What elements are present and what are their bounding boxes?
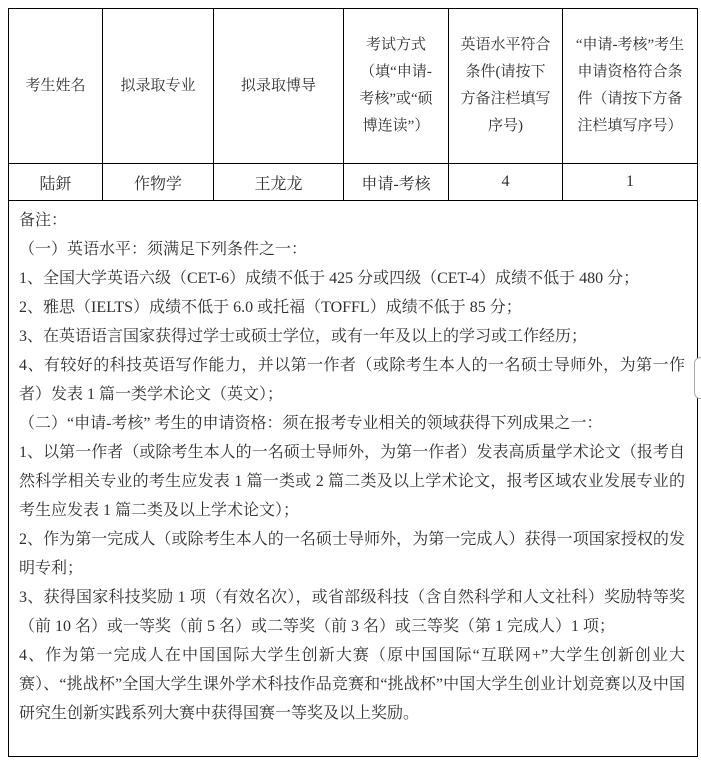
notes-title: 备注： [19, 206, 685, 235]
table-data-row: 陆鈃 作物学 王龙龙 申请-考核 4 1 [9, 164, 698, 201]
document-page: 考生姓名 拟录取专业 拟录取博导 考试方式（填“申请-考核”或“硕博连读”） 英… [0, 0, 701, 762]
header-exam-method: 考试方式（填“申请-考核”或“硕博连读”） [344, 9, 449, 164]
cell-proposed-major: 作物学 [103, 164, 214, 201]
cell-english-condition-no: 4 [449, 164, 563, 201]
note-english-item-1: 1、全国大学英语六级（CET-6）成绩不低于 425 分或四级（CET-4）成绩… [19, 264, 685, 293]
cell-qualification-condition-no: 1 [563, 164, 698, 201]
note-english-heading: （一）英语水平：须满足下列条件之一： [19, 235, 685, 264]
note-qualification-item-4: 4、作为第一完成人在中国国际大学生创新大赛（原中国国际“互联网+”大学生创新创业… [19, 641, 685, 728]
table-notes-row: 备注： （一）英语水平：须满足下列条件之一： 1、全国大学英语六级（CET-6）… [9, 201, 698, 757]
cell-candidate-name: 陆鈃 [9, 164, 103, 201]
header-english-condition: 英语水平符合条件(请按下方备注栏填写序号) [449, 9, 563, 164]
note-qualification-item-2: 2、作为第一完成人（或除考生本人的一名硕士导师外，为第一完成人）获得一项国家授权… [19, 525, 685, 583]
admission-table: 考生姓名 拟录取专业 拟录取博导 考试方式（填“申请-考核”或“硕博连读”） 英… [8, 8, 698, 757]
header-proposed-major: 拟录取专业 [103, 9, 214, 164]
table-header-row: 考生姓名 拟录取专业 拟录取博导 考试方式（填“申请-考核”或“硕博连读”） 英… [9, 9, 698, 164]
note-qualification-heading: （二）“申请-考核” 考生的申请资格：须在报考专业相关的领域获得下列成果之一： [19, 409, 685, 438]
scroll-thumb[interactable] [694, 357, 701, 399]
header-candidate-name: 考生姓名 [9, 9, 103, 164]
notes-cell: 备注： （一）英语水平：须满足下列条件之一： 1、全国大学英语六级（CET-6）… [9, 201, 698, 757]
note-qualification-item-3: 3、获得国家科技奖励 1 项（有效名次），或省部级科技（含自然科学和人文社科）奖… [19, 583, 685, 641]
note-english-item-3: 3、在英语语言国家获得过学士或硕士学位，或有一年及以上的学习或工作经历； [19, 322, 685, 351]
header-proposed-supervisor: 拟录取博导 [214, 9, 344, 164]
cell-exam-method: 申请-考核 [344, 164, 449, 201]
note-english-item-4: 4、有较好的科技英语写作能力，并以第一作者（或除考生本人的一名硕士导师外，为第一… [19, 351, 685, 409]
header-qualification-condition: “申请-考核”考生申请资格符合条件（请按下方备注栏填写序号） [563, 9, 698, 164]
note-qualification-item-1: 1、以第一作者（或除考生本人的一名硕士导师外，为第一作者）发表高质量学术论文（报… [19, 438, 685, 525]
note-english-item-2: 2、雅思（IELTS）成绩不低于 6.0 或托福（TOFFL）成绩不低于 85 … [19, 293, 685, 322]
cell-proposed-supervisor: 王龙龙 [214, 164, 344, 201]
